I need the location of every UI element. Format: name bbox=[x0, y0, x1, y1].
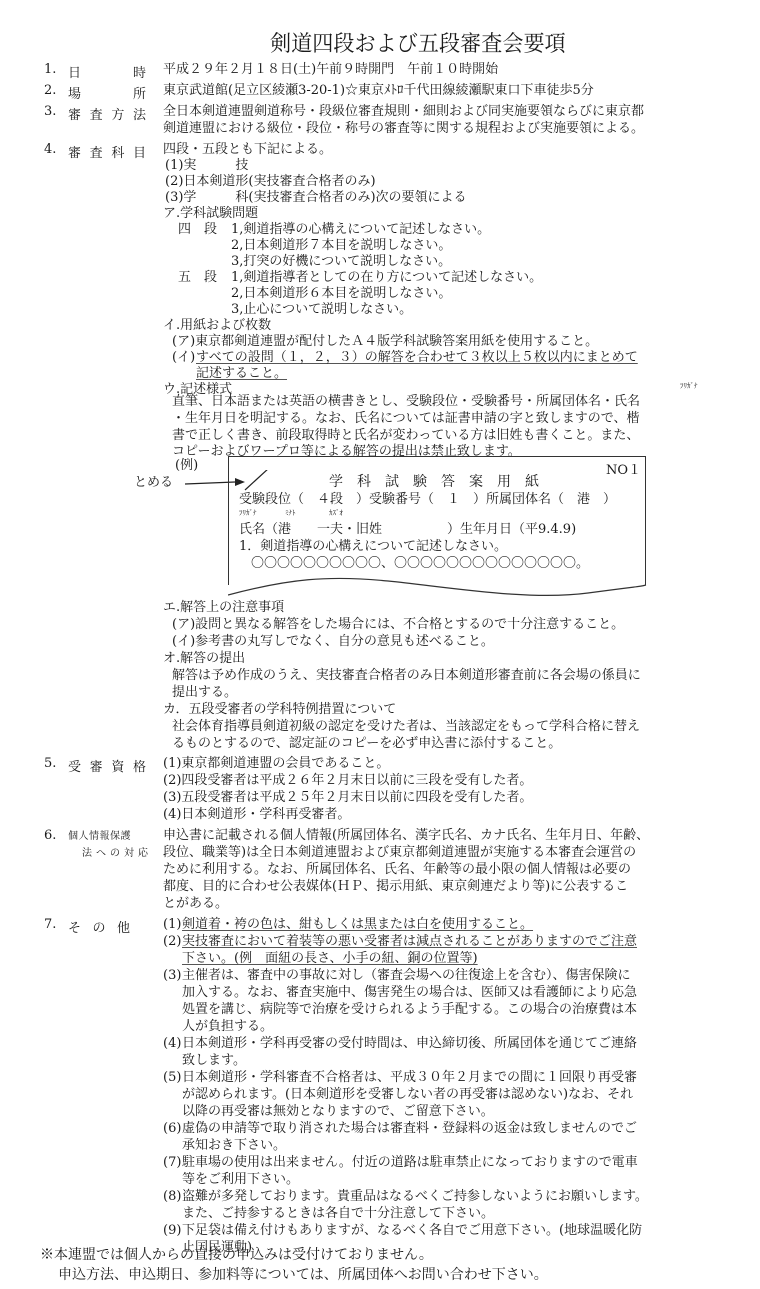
format-text-line: 書で正しく書き、前段取得時と氏名が変わっている方は旧姓も書くこと。また、 bbox=[172, 428, 639, 444]
yondan-question: 2,日本剣道形７本目を説明しなさい。 bbox=[231, 238, 451, 254]
godan-question: 1,剣道指導者としての在り方について記述しなさい。 bbox=[231, 270, 542, 286]
furigana-given: ｶｽﾞｵ bbox=[329, 508, 343, 518]
note-prefix: (6) bbox=[163, 1121, 181, 1137]
note-prefix: (9) bbox=[163, 1223, 181, 1239]
note-prefix: (1) bbox=[163, 917, 181, 933]
eligibility-item: (3)五段受審者は平成２５年２月末日以前に四段を受有した者。 bbox=[163, 790, 532, 806]
section-label: 場所 bbox=[68, 83, 146, 102]
note-text: が認められます。(日本剣道形を受審しない者の再受審は認めない)なお、それ bbox=[182, 1087, 633, 1103]
privacy-text-line: ために利用する。なお、所属団体名、氏名、年齢等の最小限の個人情報は必要の bbox=[163, 862, 631, 878]
note-text: また、ご持参するときは各自で十分注意して下さい。 bbox=[182, 1206, 494, 1222]
section-number: 5. bbox=[44, 756, 56, 771]
staple-label: とめる bbox=[134, 475, 173, 491]
godan-question: 2,日本剣道形６本目を説明しなさい。 bbox=[231, 286, 451, 302]
note-text: 日本剣道形・学科審査不合格者は、平成３０年２月までの間に１回限り再受審 bbox=[182, 1070, 637, 1086]
eligibility-item: (1)東京都剣道連盟の会員であること。 bbox=[163, 756, 389, 772]
caution-item: (イ)参考書の丸写しでなく、自分の意見も述べること。 bbox=[172, 634, 494, 650]
godan-question: 3,止心について説明しなさい。 bbox=[231, 302, 412, 318]
sheet-row-answer: 〇〇〇〇〇〇〇〇〇〇、〇〇〇〇〇〇〇〇〇〇〇〇〇〇。 bbox=[251, 552, 589, 571]
note-text: 下足袋は備え付けもありますが、なるべく各自でご用意下さい。(地球温暖化防 bbox=[182, 1223, 642, 1239]
section-number: 3. bbox=[44, 104, 56, 119]
privacy-text-line: 段位、職業等)は全日本剣道連盟および東京都剣道連盟が実施する本審査会運営の bbox=[163, 845, 636, 861]
method-text-line: 剣道連盟における級位・段位・称号の審査等に関する規程および実施要領による。 bbox=[163, 121, 644, 137]
eligibility-item: (4)日本剣道形・学科再受審者。 bbox=[163, 807, 350, 823]
note-text: 虚偽の申請等で取り消された場合は審査料・登録料の返金は致しませんのでご bbox=[182, 1121, 637, 1137]
document-title: 剣道四段および五段審査会要項 bbox=[270, 27, 566, 58]
yondan-question: 1,剣道指導の心構えについて記述しなさい。 bbox=[231, 222, 490, 238]
section-number: 7. bbox=[44, 917, 56, 932]
note-prefix: (5) bbox=[163, 1070, 181, 1086]
section-label: 審査科目 bbox=[68, 142, 146, 161]
note-text: 盗難が多発しております。貴重品はなるべくご持参しないようにお願いします。 bbox=[182, 1189, 648, 1205]
note-prefix: (4) bbox=[163, 1036, 181, 1052]
paper-rule-underlined: 記述すること。 bbox=[196, 366, 287, 382]
section-label: 個人情報保護 bbox=[68, 829, 131, 845]
section-label: 日時 bbox=[68, 62, 146, 81]
subsection-a-title: ア.学科試験問題 bbox=[163, 206, 258, 222]
privacy-text-line: とがある。 bbox=[163, 896, 228, 912]
note-text: 人が負担する。 bbox=[182, 1019, 273, 1035]
note-text: 加入する。なお、審査実施中、傷害発生の場合は、医師又は看護師により応急 bbox=[182, 985, 637, 1001]
subsection-e-title: エ.解答上の注意事項 bbox=[163, 600, 284, 616]
submission-text: 解答は予め作成のうえ、実技審査合格者のみ日本剣道形審査前に各会場の係員に bbox=[172, 668, 641, 684]
note-text: 主催者は、審査中の事故に対し（審査会場への往復途上を含む）、傷害保険に bbox=[182, 968, 631, 984]
subject-item: (1)実 技 bbox=[165, 158, 248, 174]
subjects-intro: 四段・五段とも下記による。 bbox=[163, 142, 332, 158]
sheet-row-grade: 受験段位（ ４段 ）受験番号（ １ ）所属団体名（ 港 ） bbox=[239, 488, 616, 507]
yondan-label: 四 段 bbox=[178, 222, 217, 238]
subject-item: (3)学 科(実技審査合格者のみ)次の要領による bbox=[165, 190, 467, 206]
date-text: 平成２９年２月１８日(土)午前９時開門 午前１０時開始 bbox=[163, 62, 498, 78]
furigana-surname: ﾐﾅﾄ bbox=[285, 508, 296, 518]
submission-text: 提出する。 bbox=[172, 685, 237, 701]
note-text: 実技審査において着装等の悪い受審者は減点されることがありますのでご注意 bbox=[182, 934, 637, 950]
eligibility-item: (2)四段受審者は平成２６年２月末日以前に三段を受有した者。 bbox=[163, 773, 532, 789]
note-text: 等をご利用下さい。 bbox=[182, 1172, 299, 1188]
furigana-label: ﾌﾘｶﾞﾅ bbox=[239, 508, 257, 518]
exception-text: 社会体育指導員剣道初級の認定を受けた者は、当該認定をもって学科合格に替え bbox=[172, 719, 640, 735]
format-text-line: 直筆、日本語または英語の横書きとし、受験段位・受験番号・所属団体名・氏名 bbox=[172, 394, 640, 410]
subsection-ka-title: カ．五段受審者の学科特例措置について bbox=[163, 702, 396, 718]
note-text: 致します。 bbox=[182, 1053, 246, 1069]
yondan-question: 3,打突の好機について説明しなさい。 bbox=[231, 254, 451, 270]
footer-line: 申込方法、申込期日、参加料等については、所属団体へお問い合わせ下さい。 bbox=[58, 1266, 548, 1284]
paper-rule-prefix: (イ) bbox=[172, 350, 195, 366]
exception-text: るものとするので、認定証のコピーを必ず申込書に添付すること。 bbox=[172, 736, 561, 752]
section-label: 審査方法 bbox=[68, 104, 146, 123]
sheet-number: NO１ bbox=[606, 459, 641, 478]
example-answer-sheet: NO１ 学 科 試 験 答 案 用 紙 受験段位（ ４段 ）受験番号（ １ ）所… bbox=[228, 456, 646, 585]
note-text: 以降の再受審は無効となりますので、ご留意下さい。 bbox=[182, 1104, 494, 1120]
subsection-i-title: イ.用紙および枚数 bbox=[163, 318, 271, 334]
method-text-line: 全日本剣道連盟剣道称号・段級位審査規則・細則および同実施要領ならびに東京都 bbox=[163, 104, 644, 120]
section-number: 2. bbox=[44, 83, 56, 98]
note-text: 承知おき下さい。 bbox=[182, 1138, 286, 1154]
note-text: 日本剣道形・学科再受審の受付時間は、申込締切後、所属団体を通じてご連絡 bbox=[182, 1036, 637, 1052]
section-number: 6. bbox=[44, 828, 56, 843]
note-prefix: (7) bbox=[163, 1155, 181, 1171]
furigana-note: ﾌﾘｶﾞﾅ bbox=[680, 381, 698, 391]
section-label: 受審資格 bbox=[68, 756, 146, 775]
torn-edge-icon bbox=[228, 571, 648, 601]
format-text-line: ・生年月日を明記する。なお、氏名については証書申請の字と致しますので、楷 bbox=[172, 411, 639, 427]
section-number: 1. bbox=[44, 62, 56, 77]
section-number: 4. bbox=[44, 142, 56, 157]
paper-rule-underlined: すべての設問（１，２，３）の解答を合わせて３枚以上５枚以内にまとめて bbox=[196, 350, 638, 366]
footer-line: ※本連盟では個人からの直接の申込みは受付けておりません。 bbox=[40, 1246, 433, 1264]
section-label: その他 bbox=[68, 917, 130, 936]
venue-text: 東京武道館(足立区綾瀬3-20-1)☆東京ﾒﾄﾛ千代田線綾瀬駅東口下車徒歩5分 bbox=[163, 83, 594, 99]
note-prefix: (2) bbox=[163, 934, 181, 950]
note-prefix: (8) bbox=[163, 1189, 181, 1205]
note-text: 処置を講じ、病院等で治療を受けられるよう手配する。この場合の治療費は本 bbox=[182, 1002, 637, 1018]
paper-rule: (ア)東京都剣道連盟が配付したＡ４版学科試験答案用紙を使用すること。 bbox=[172, 334, 598, 350]
privacy-text-line: 申込書に記載される個人情報(所属団体名、漢字氏名、カナ氏名、生年月日、年齢、 bbox=[163, 828, 649, 844]
godan-label: 五 段 bbox=[178, 270, 217, 286]
privacy-text-line: 都度、目的に合わせ公表媒体(ＨＰ、掲示用紙、東京剣連だより等)に公表するこ bbox=[163, 879, 628, 895]
subject-item: (2)日本剣道形(実技審査合格者のみ) bbox=[165, 174, 376, 190]
note-prefix: (3) bbox=[163, 968, 181, 984]
subsection-o-title: オ.解答の提出 bbox=[163, 651, 245, 667]
note-text: 駐車場の使用は出来ません。付近の道路は駐車禁止になっておりますので電車 bbox=[182, 1155, 638, 1171]
note-text: 下さい。(例 面紐の長さ、小手の紐、銅の位置等) bbox=[182, 951, 478, 967]
note-text: 剣道着・袴の色は、紺もしくは黒または白を使用すること。 bbox=[182, 917, 533, 933]
section-label: 法への対応 bbox=[82, 846, 152, 862]
caution-item: (ア)設問と異なる解答をした場合には、不合格とするので十分注意すること。 bbox=[172, 617, 624, 633]
